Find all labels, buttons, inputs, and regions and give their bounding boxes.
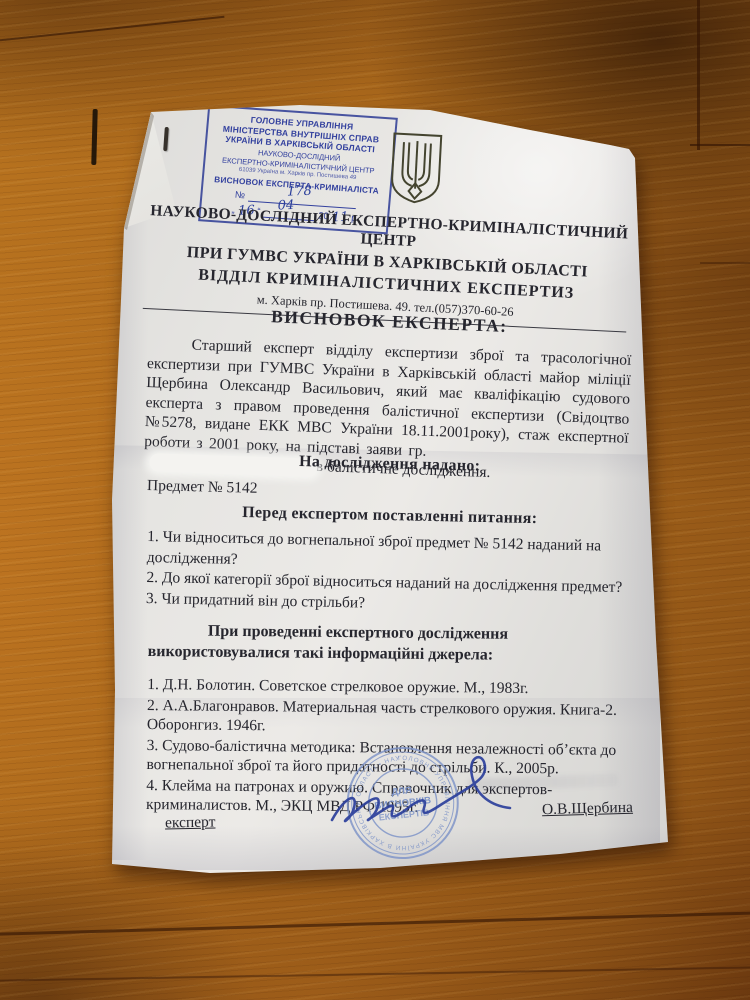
staple [163,127,169,151]
document-sheet: ГОЛОВНЕ УПРАВЛІННЯ МІНІСТЕРСТВА ВНУТРІШН… [0,0,750,1000]
photo-of-document: ГОЛОВНЕ УПРАВЛІННЯ МІНІСТЕРСТВА ВНУТРІШН… [0,0,750,1000]
ukraine-trident-emblem-icon [387,130,445,212]
questions-list: 1. Чи відноситься до вогнепальної зброї … [146,527,632,619]
expert-label: експерт [165,814,216,833]
paper-surface: ГОЛОВНЕ УПРАВЛІННЯ МІНІСТЕРСТВА ВНУТРІШН… [0,0,750,1000]
source-item: 1. Д.Н. Болотин. Советское стрелковое ор… [147,675,639,699]
source-item: 2. А.А.Благонравов. Материальная часть с… [147,696,639,739]
expert-signature [322,748,522,848]
questions-section: Перед експертом поставленні питання: 1. … [146,502,632,619]
intro-text: Старший експерт відділу експертизи зброї… [144,334,632,468]
expert-name: О.В.Щербина [542,799,633,819]
paper-shadow-left [112,118,148,860]
handwritten-number: 178 [287,186,312,197]
stamp-number-label: № [234,189,245,201]
questions-heading: Перед експертом поставленні питання: [148,502,632,530]
sources-heading: При проведенні експертного дослідження в… [148,620,640,667]
